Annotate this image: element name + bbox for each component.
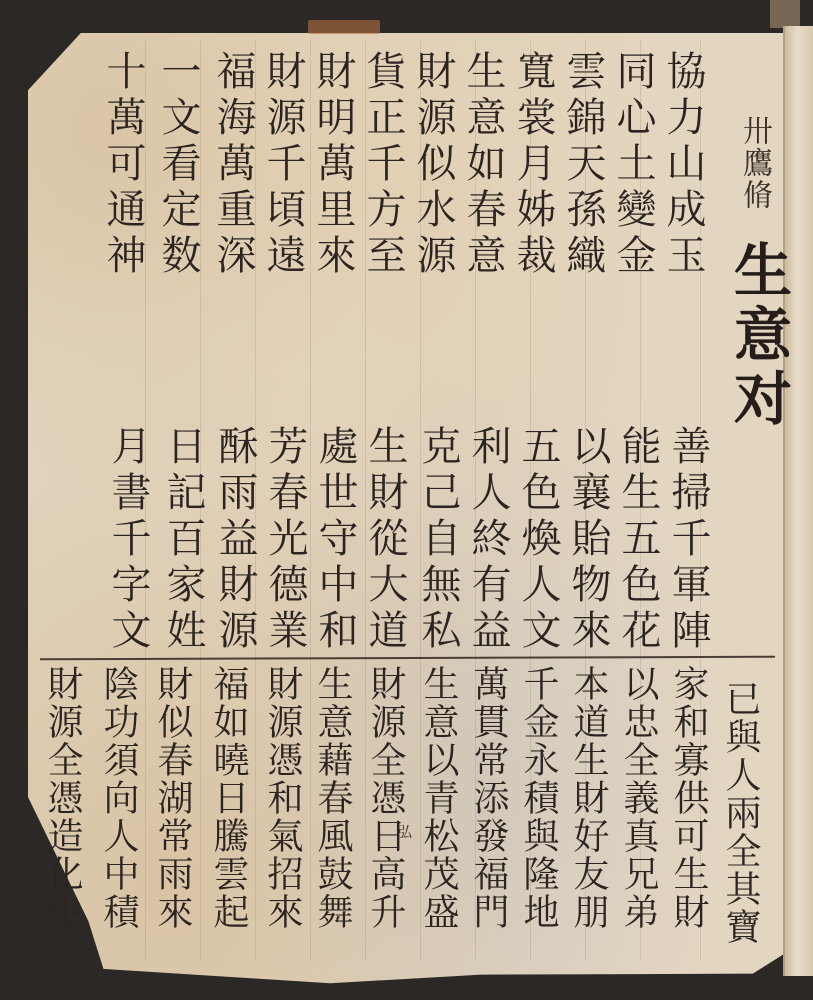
bottom-couplet-line: 生意以青松茂盛 xyxy=(418,665,458,931)
bottom-couplet-line: 財似春湖常雨來 xyxy=(152,665,192,931)
bottom-couplet-line: 財源全憑日高升 xyxy=(365,665,405,931)
top-couplet-line: 福海萬重深 xyxy=(210,50,256,280)
middle-couplet-line: 能生五色花 xyxy=(615,425,661,655)
bottom-couplet-line: 財源憑和氣招來 xyxy=(262,665,302,931)
middle-couplet-line: 克己自無私 xyxy=(415,425,461,655)
top-couplet-line: 財源千頃遠 xyxy=(260,50,306,280)
bottom-couplet-line: 生意藉春風鼓舞 xyxy=(312,665,352,931)
middle-couplet-line: 酥雨益財源 xyxy=(212,425,258,655)
top-couplet-line: 貨正千方至 xyxy=(360,50,406,280)
bottom-couplet-line: 已與人兩全其寶 xyxy=(720,680,760,946)
middle-couplet-line: 處世守中和 xyxy=(312,425,358,655)
adjacent-page-edge xyxy=(783,26,813,976)
middle-couplet-line: 利人終有益 xyxy=(465,425,511,655)
bottom-couplet-line: 陰功須向人中積 xyxy=(98,665,138,931)
middle-couplet-line: 五色煥人文 xyxy=(515,425,561,655)
middle-couplet-line: 芳春光德業 xyxy=(262,425,308,655)
bottom-couplet-line: 萬貫常添發福門 xyxy=(468,665,508,931)
top-couplet-line: 協力山成玉 xyxy=(660,50,706,280)
bottom-couplet-line: 家和寡供可生財 xyxy=(668,665,708,931)
middle-couplet-line: 月書千字文 xyxy=(105,425,151,655)
bottom-couplet-line: 千金永積與隆地 xyxy=(518,665,558,931)
middle-couplet-line: 生財從大道 xyxy=(362,425,408,655)
margin-note: 弘 xyxy=(398,822,412,842)
red-seal-mark xyxy=(308,20,380,34)
middle-couplet-line: 日記百家姓 xyxy=(160,425,206,655)
bottom-couplet-line: 福如曉日騰雲起 xyxy=(208,665,248,931)
top-couplet-line: 十萬可通神 xyxy=(100,50,146,280)
top-couplet-line: 寬裳月姊裁 xyxy=(510,50,556,280)
heading-prefix: 卅鷹脩 xyxy=(732,115,776,211)
top-couplet-line: 同心土變金 xyxy=(610,50,656,280)
bottom-couplet-line: 財源全憑造化生 xyxy=(42,665,82,931)
top-couplet-line: 一文看定数 xyxy=(155,50,201,280)
bottom-couplet-line: 本道生財好友朋 xyxy=(568,665,608,931)
heading-title: 生意对 xyxy=(716,240,800,432)
middle-couplet-line: 以襄貽物來 xyxy=(565,425,611,655)
bottom-couplet-line: 以忠全義真兄弟 xyxy=(618,665,658,931)
top-couplet-line: 財源似水源 xyxy=(410,50,456,280)
binding-edge xyxy=(770,0,800,28)
top-couplet-line: 生意如春意 xyxy=(460,50,506,280)
top-couplet-line: 雲錦天孫織 xyxy=(560,50,606,280)
top-couplet-line: 財明萬里來 xyxy=(310,50,356,280)
middle-couplet-line: 善掃千軍陣 xyxy=(665,425,711,655)
